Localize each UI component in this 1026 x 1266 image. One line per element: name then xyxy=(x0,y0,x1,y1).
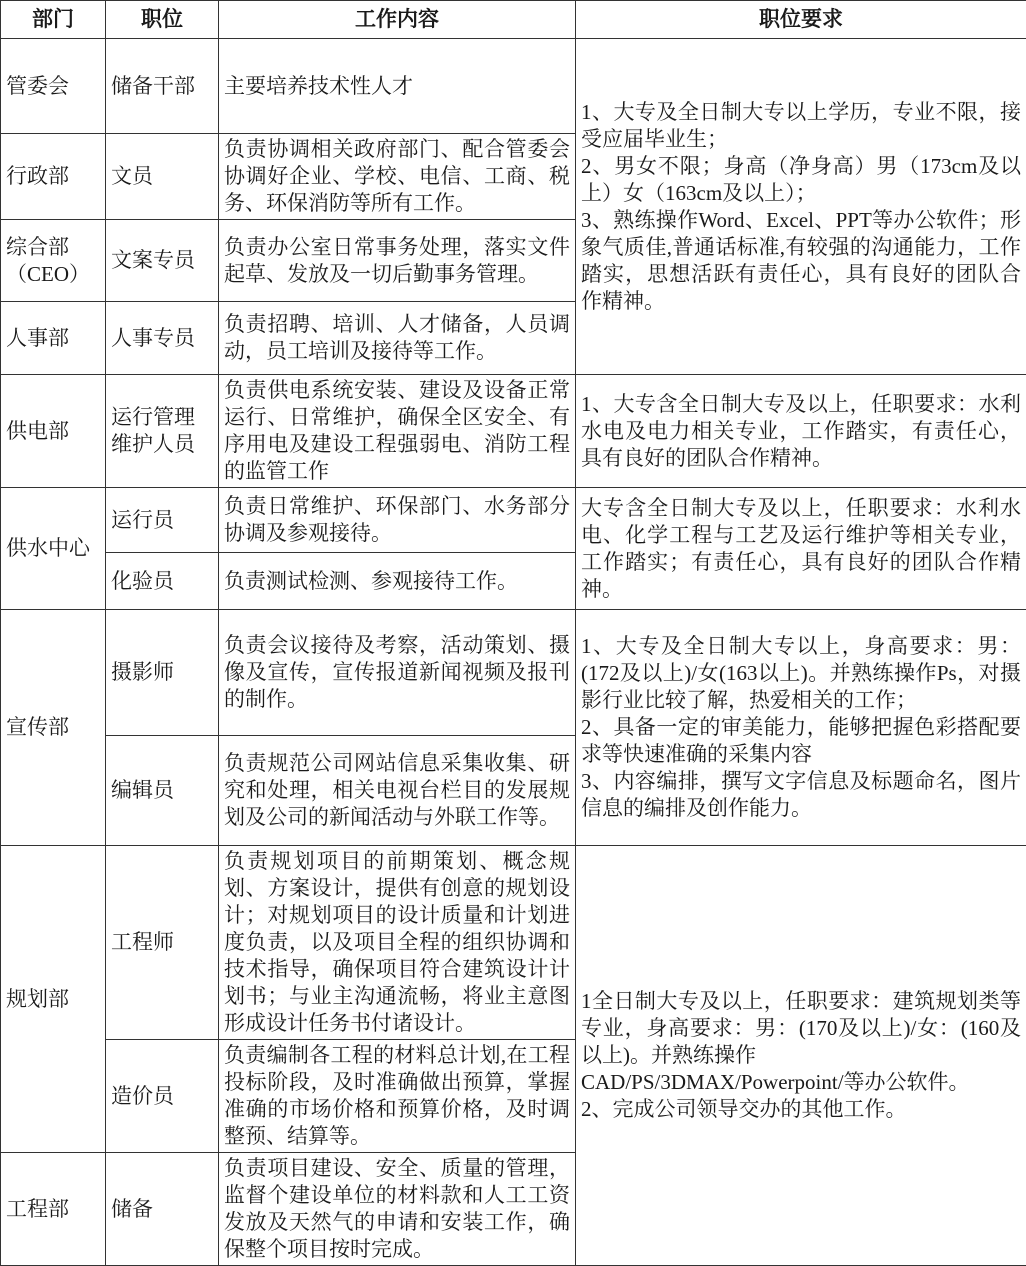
requirements-cell: 1、大专及全日制大专以上学历，专业不限，接受应届毕业生； 2、男女不限；身高（净… xyxy=(576,39,1026,375)
position-cell: 储备干部 xyxy=(106,39,219,134)
position-cell: 造价员 xyxy=(106,1040,219,1153)
requirements-cell: 1、大专含全日制大专及以上，任职要求：水利水电及电力相关专业，工作踏实，有责任心… xyxy=(576,375,1026,488)
table-row: 宣传部 摄影师 负责会议接待及考察，活动策划、摄像及宣传，宣传报道新闻视频及报刊… xyxy=(1,610,1026,736)
table-row: 供电部 运行管理 维护人员 负责供电系统安装、建设及设备正常运行、日常维护，确保… xyxy=(1,375,1026,488)
position-cell: 化验员 xyxy=(106,553,219,610)
duties-cell: 负责编制各工程的材料总计划,在工程投标阶段，及时准确做出预算，掌握准确的市场价格… xyxy=(219,1040,576,1153)
duties-cell: 负责招聘、培训、人才储备，人员调动，员工培训及接待等工作。 xyxy=(219,302,576,375)
position-cell: 运行员 xyxy=(106,488,219,553)
requirements-cell: 1全日制大专及以上，任职要求：建筑规划类等专业，身高要求：男：(170及以上)/… xyxy=(576,846,1026,1266)
requirements-cell: 大专含全日制大专及以上，任职要求：水利水电、化学工程与工艺及运行维护等相关专业，… xyxy=(576,488,1026,610)
duties-cell: 负责项目建设、安全、质量的管理，监督个建设单位的材料款和人工工资发放及天然气的申… xyxy=(219,1153,576,1266)
duties-cell: 负责协调相关政府部门、配合管委会协调好企业、学校、电信、工商、税务、环保消防等所… xyxy=(219,134,576,220)
table-row: 供水中心 运行员 负责日常维护、环保部门、水务部分协调及参观接待。 大专含全日制… xyxy=(1,488,1026,553)
column-header-dept: 部门 xyxy=(1,1,106,39)
duties-cell: 负责日常维护、环保部门、水务部分协调及参观接待。 xyxy=(219,488,576,553)
duties-cell: 负责测试检测、参观接待工作。 xyxy=(219,553,576,610)
dept-cell: 人事部 xyxy=(1,302,106,375)
duties-cell: 主要培养技术性人才 xyxy=(219,39,576,134)
dept-cell: 管委会 xyxy=(1,39,106,134)
dept-cell: 行政部 xyxy=(1,134,106,220)
position-cell: 工程师 xyxy=(106,846,219,1040)
position-cell: 摄影师 xyxy=(106,610,219,736)
position-cell: 文员 xyxy=(106,134,219,220)
dept-cell: 宣传部 xyxy=(1,610,106,846)
duties-cell: 负责供电系统安装、建设及设备正常运行、日常维护，确保全区安全、有序用电及建设工程… xyxy=(219,375,576,488)
column-header-position: 职位 xyxy=(106,1,219,39)
dept-cell: 规划部 xyxy=(1,846,106,1153)
header-row: 部门 职位 工作内容 职位要求 xyxy=(1,1,1026,39)
duties-cell: 负责办公室日常事务处理，落实文件起草、发放及一切后勤事务管理。 xyxy=(219,220,576,302)
position-cell: 编辑员 xyxy=(106,736,219,846)
duties-cell: 负责规范公司网站信息采集收集、研究和处理，相关电视台栏目的发展规划及公司的新闻活… xyxy=(219,736,576,846)
dept-cell: 综合部 （CEO） xyxy=(1,220,106,302)
requirements-cell: 1、大专及全日制大专以上，身高要求：男：(172及以上)/女(163以上)。并熟… xyxy=(576,610,1026,846)
dept-cell: 供水中心 xyxy=(1,488,106,610)
column-header-requirements: 职位要求 xyxy=(576,1,1026,39)
duties-cell: 负责规划项目的前期策划、概念规划、方案设计，提供有创意的规划设计；对规划项目的设… xyxy=(219,846,576,1040)
dept-cell: 供电部 xyxy=(1,375,106,488)
position-cell: 运行管理 维护人员 xyxy=(106,375,219,488)
recruitment-table: 部门 职位 工作内容 职位要求 管委会 储备干部 主要培养技术性人才 1、大专及… xyxy=(0,0,1026,1266)
position-cell: 人事专员 xyxy=(106,302,219,375)
table-row: 管委会 储备干部 主要培养技术性人才 1、大专及全日制大专以上学历，专业不限，接… xyxy=(1,39,1026,134)
position-cell: 储备 xyxy=(106,1153,219,1266)
dept-cell: 工程部 xyxy=(1,1153,106,1266)
duties-cell: 负责会议接待及考察，活动策划、摄像及宣传，宣传报道新闻视频及报刊的制作。 xyxy=(219,610,576,736)
position-cell: 文案专员 xyxy=(106,220,219,302)
column-header-duties: 工作内容 xyxy=(219,1,576,39)
table-row: 规划部 工程师 负责规划项目的前期策划、概念规划、方案设计，提供有创意的规划设计… xyxy=(1,846,1026,1040)
